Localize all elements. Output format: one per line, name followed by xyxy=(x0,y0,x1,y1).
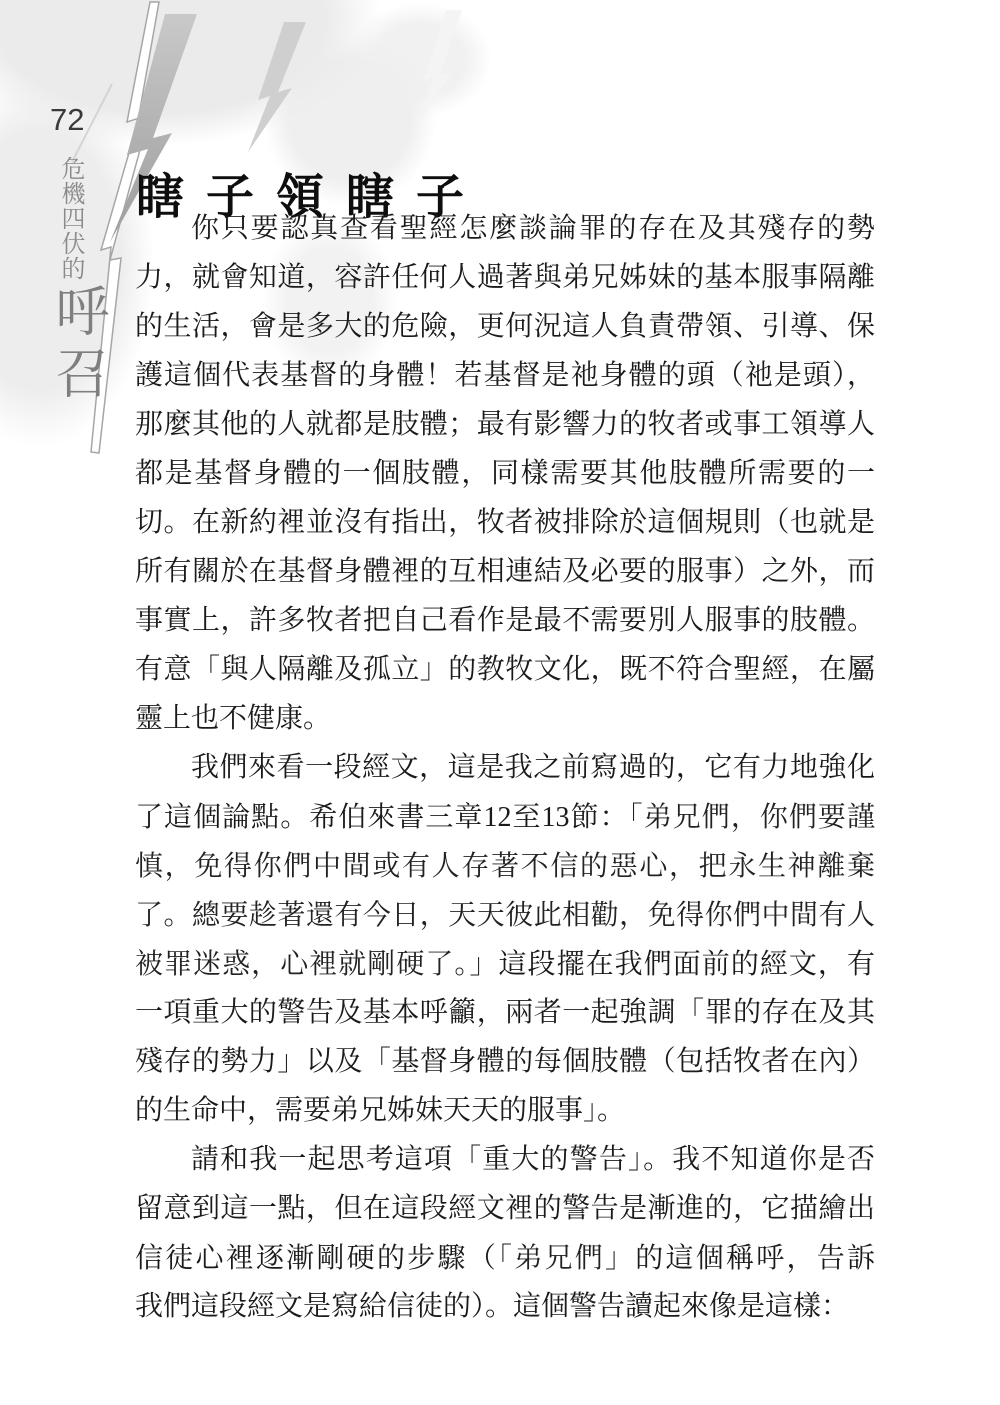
body-text: 你只要認真查看聖經怎麼談論罪的存在及其殘存的勢力，就會知道，容許任何人過著與弟兄… xyxy=(135,204,875,1331)
text-line: 的生命中，需要弟兄姊妹天天的服事」。 xyxy=(135,1086,875,1135)
body-text-segment: 請和我一起思考這項「重大的警告」。我不知道你是否 xyxy=(191,1144,875,1175)
text-line: 護這個代表基督的身體！若基督是祂身體的頭（祂是頭）， xyxy=(135,351,875,400)
text-line: 有意「與人隔離及孤立」的教牧文化，既不符合聖經，在屬 xyxy=(135,645,875,694)
text-line: 了這個論點。希伯來書三章12至13節：「弟兄們，你們要謹 xyxy=(135,792,875,841)
text-line: 靈上也不健康。 xyxy=(135,694,875,743)
body-text-segment: 」的這個稱呼，告訴 xyxy=(605,1243,875,1274)
text-line: 切。在新約裡並沒有指出，牧者被排除於這個規則（也就是 xyxy=(135,498,875,547)
scripture-quote-text: 被罪迷惑，心裡就剛硬了。 xyxy=(135,947,469,980)
text-line: 留意到這一點，但在這段經文裡的警告是漸進的，它描繪出 xyxy=(135,1184,875,1233)
book-page: { "page": { "number": "72", "margin_titl… xyxy=(0,0,1000,1405)
body-text-segment: 你只要認真查看聖經怎麼談論罪的存在及其殘存的勢 xyxy=(191,213,875,244)
body-text-segment: 事實上，許多牧者把自己看作是最不需要別人服事的肢體。 xyxy=(135,605,875,636)
body-text-segment: 的生命中，需要弟兄姊妹天天的服事」。 xyxy=(135,1095,625,1126)
page-number: 72 xyxy=(50,102,84,138)
text-line: 你只要認真查看聖經怎麼談論罪的存在及其殘存的勢 xyxy=(135,204,875,253)
body-text-segment: 信徒心裡逐漸剛硬的步驟（「 xyxy=(135,1243,514,1274)
scripture-quote-text: 弟兄們 xyxy=(514,1241,605,1274)
body-text-segment: 我們這段經文是寫給信徒的）。這個警告讀起來像是這樣： xyxy=(135,1291,849,1322)
body-text-segment: 殘存的勢力」以及「基督身體的每個肢體（包括牧者在內） xyxy=(135,1046,875,1077)
body-text-segment: 那麼其他的人就都是肢體；最有影響力的牧者或事工領導人 xyxy=(135,409,875,440)
text-line: 請和我一起思考這項「重大的警告」。我不知道你是否 xyxy=(135,1135,875,1184)
body-text-segment: 有意「與人隔離及孤立」的教牧文化，既不符合聖經，在屬 xyxy=(135,654,875,685)
text-line: 殘存的勢力」以及「基督身體的每個肢體（包括牧者在內） xyxy=(135,1037,875,1086)
text-line: 信徒心裡逐漸剛硬的步驟（「弟兄們」的這個稱呼，告訴 xyxy=(135,1233,875,1282)
text-line: 那麼其他的人就都是肢體；最有影響力的牧者或事工領導人 xyxy=(135,400,875,449)
body-text-segment: 力，就會知道，容許任何人過著與弟兄姊妹的基本服事隔離 xyxy=(135,262,875,293)
body-text-segment: 我們來看一段經文，這是我之前寫過的，它有力地強化 xyxy=(191,752,875,783)
scripture-quote-text: 弟兄們，你們要謹 xyxy=(644,800,875,833)
text-line: 一項重大的警告及基本呼籲，兩者一起強調「罪的存在及其 xyxy=(135,988,875,1037)
margin-book-title-top: 危機四伏的 xyxy=(53,156,88,281)
text-line: 力，就會知道，容許任何人過著與弟兄姊妹的基本服事隔離 xyxy=(135,253,875,302)
body-text-segment: 切。在新約裡並沒有指出，牧者被排除於這個規則（也就是 xyxy=(135,507,875,538)
text-line: 我們來看一段經文，這是我之前寫過的，它有力地強化 xyxy=(135,743,875,792)
body-text-segment: 留意到這一點，但在這段經文裡的警告是漸進的，它描繪出 xyxy=(135,1193,875,1224)
scripture-quote-text: 慎，免得你們中間或有人存著不信的惡心，把永生神離棄 xyxy=(135,849,875,882)
body-text-segment: 靈上也不健康。 xyxy=(135,703,331,734)
scripture-quote-text: 了。總要趁著還有今日，天天彼此相勸，免得你們中間有人 xyxy=(135,898,875,931)
text-line: 的生活，會是多大的危險，更何況這人負責帶領、引導、保 xyxy=(135,302,875,351)
text-line: 所有關於在基督身體裡的互相連結及必要的服事）之外，而 xyxy=(135,547,875,596)
body-text-segment: 都是基督身體的一個肢體，同樣需要其他肢體所需要的一 xyxy=(135,458,875,489)
text-line: 了。總要趁著還有今日，天天彼此相勸，免得你們中間有人 xyxy=(135,890,875,939)
text-line: 都是基督身體的一個肢體，同樣需要其他肢體所需要的一 xyxy=(135,449,875,498)
body-text-segment: 護這個代表基督的身體！若基督是祂身體的頭（祂是頭）， xyxy=(135,360,875,391)
lightning-bolt-icon xyxy=(248,22,306,152)
margin-book-title-main: 呼召 xyxy=(40,283,117,407)
body-text-segment: 所有關於在基督身體裡的互相連結及必要的服事）之外，而 xyxy=(135,556,875,587)
body-text-segment: 一項重大的警告及基本呼籲，兩者一起強調「罪的存在及其 xyxy=(135,997,875,1028)
text-line: 被罪迷惑，心裡就剛硬了。」這段擺在我們面前的經文，有 xyxy=(135,939,875,988)
text-line: 我們這段經文是寫給信徒的）。這個警告讀起來像是這樣： xyxy=(135,1282,875,1331)
body-text-segment: 」這段擺在我們面前的經文，有 xyxy=(469,949,875,980)
body-text-segment: 了這個論點。希伯來書三章12至13節：「 xyxy=(135,802,644,833)
body-text-segment: 的生活，會是多大的危險，更何況這人負責帶領、引導、保 xyxy=(135,311,875,342)
text-line: 慎，免得你們中間或有人存著不信的惡心，把永生神離棄 xyxy=(135,841,875,890)
lightning-bolt-icon xyxy=(414,10,462,130)
text-line: 事實上，許多牧者把自己看作是最不需要別人服事的肢體。 xyxy=(135,596,875,645)
